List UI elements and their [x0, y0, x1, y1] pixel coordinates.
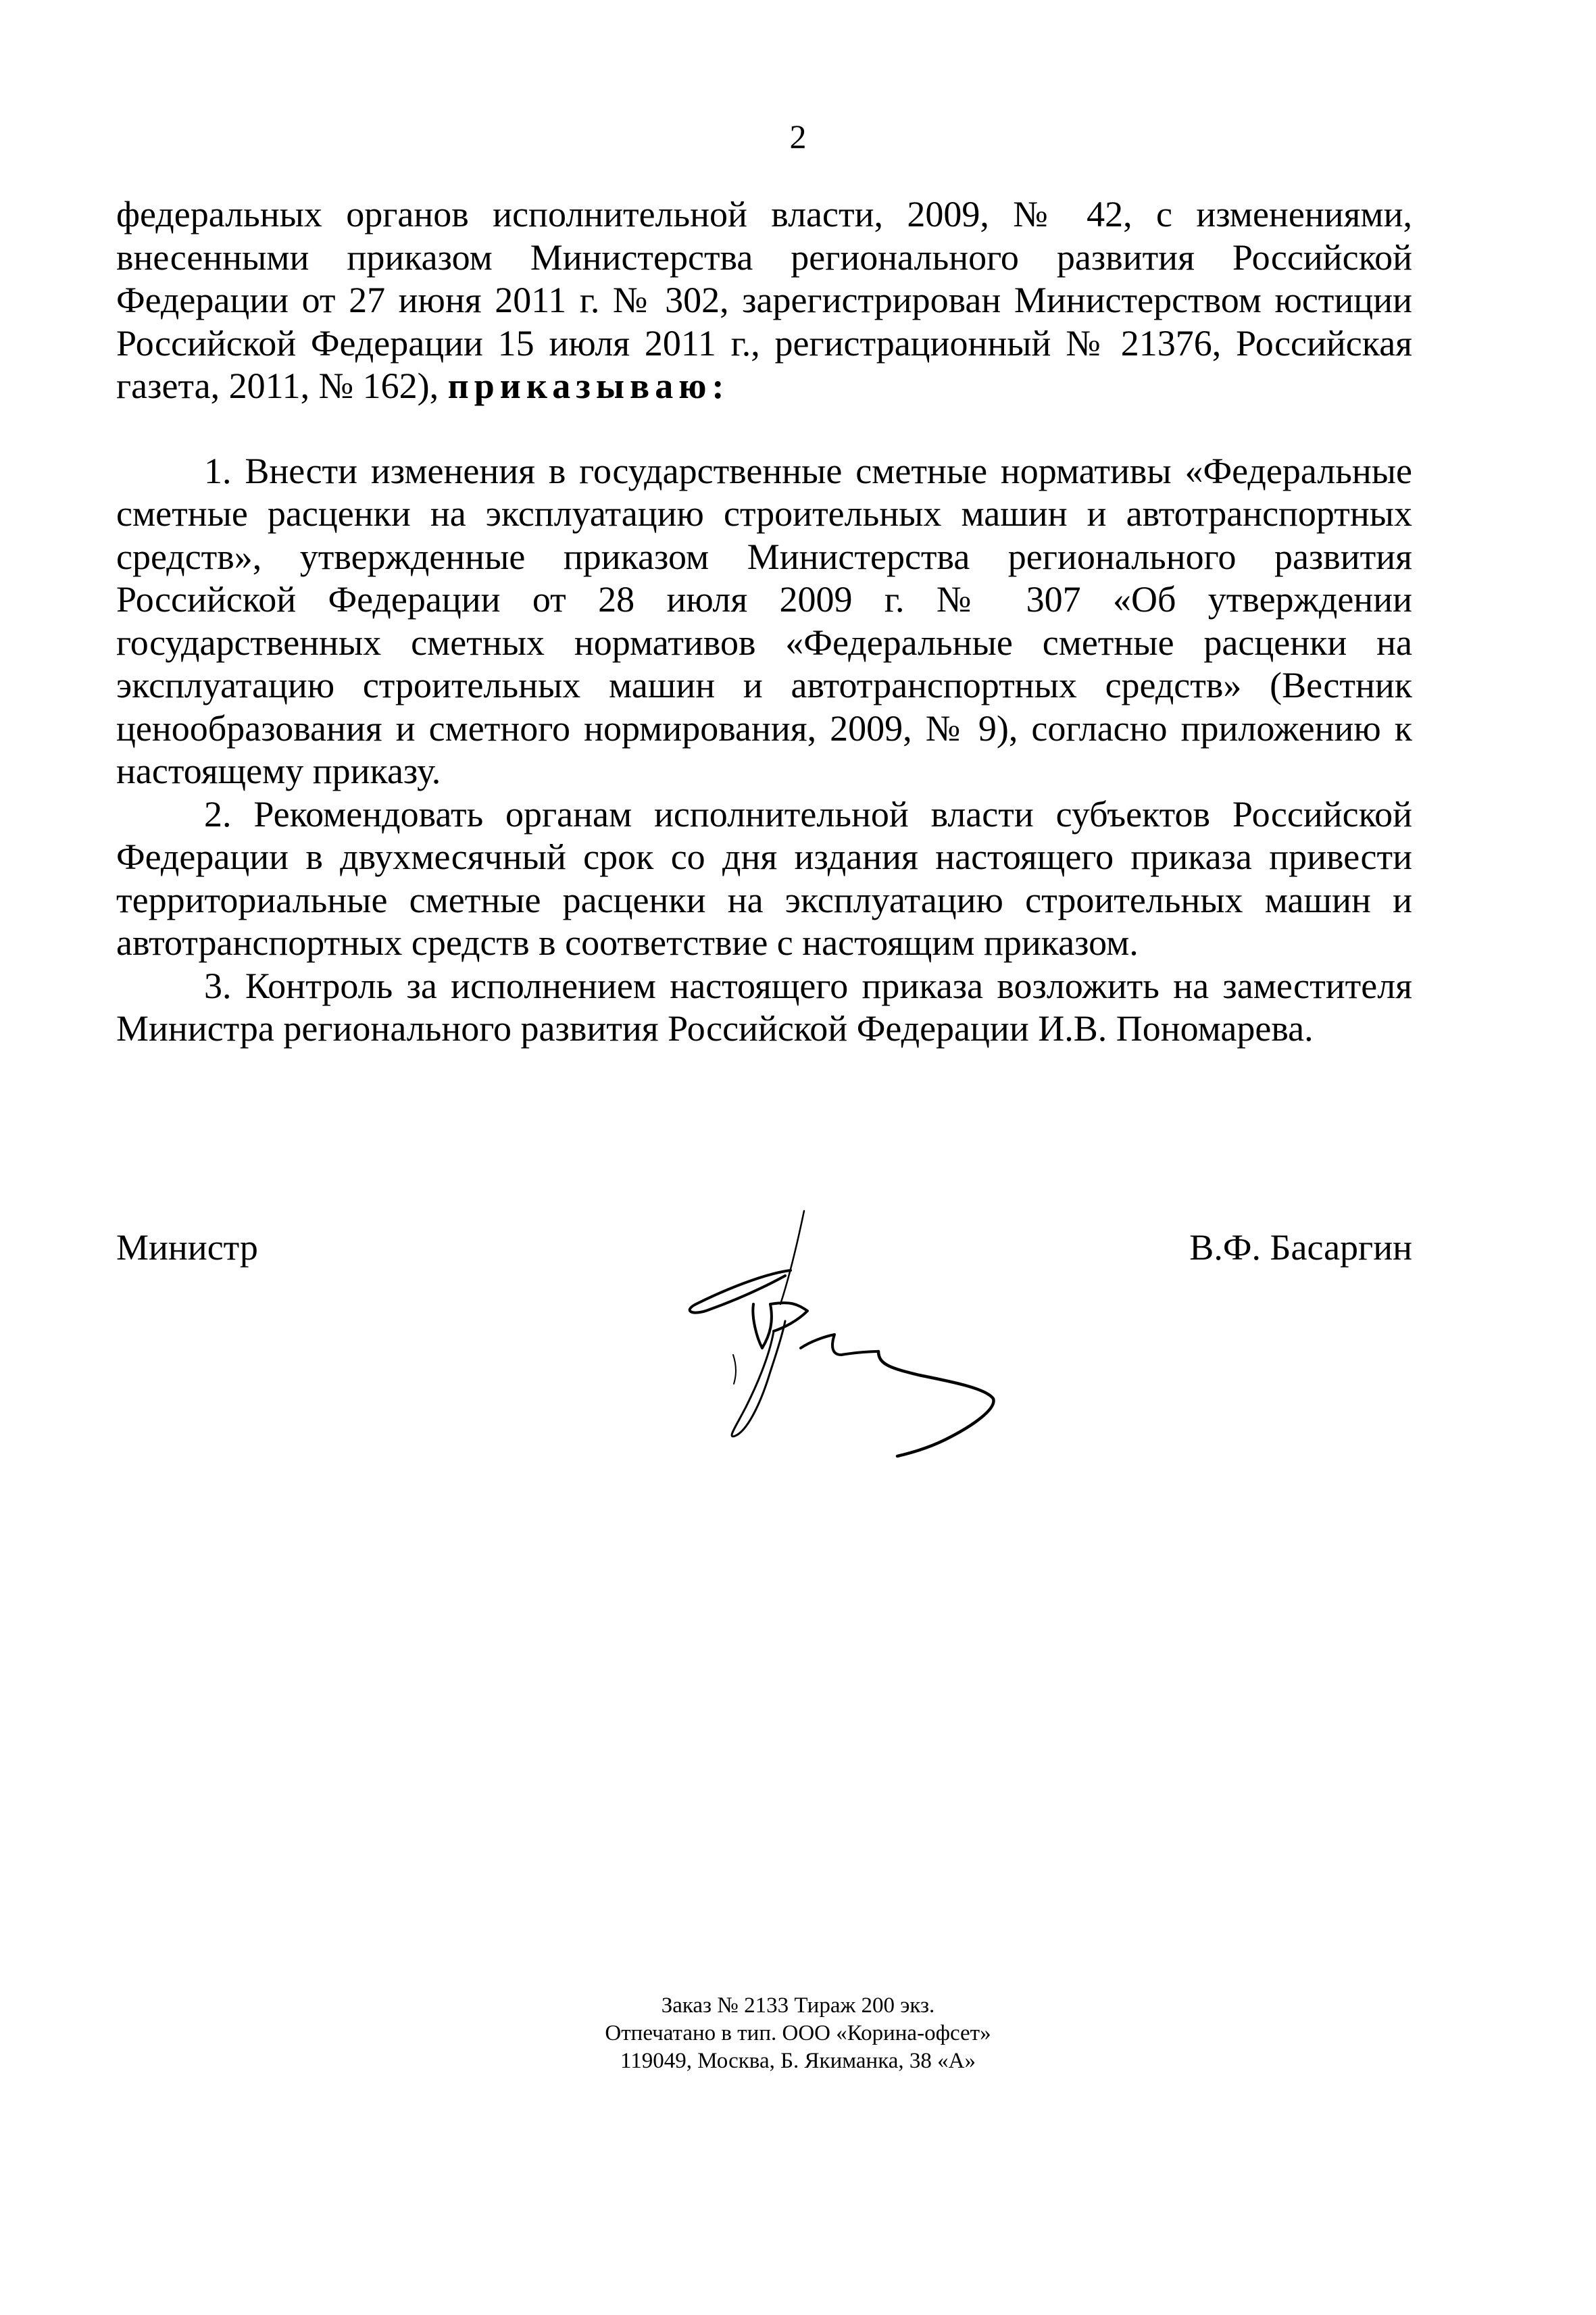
handwritten-signature-icon	[608, 1203, 1216, 1460]
order-item-3: 3. Контроль за исполнением настоящего пр…	[116, 965, 1412, 1051]
item-number: 3.	[204, 966, 232, 1006]
document-body: федеральных органов исполнительной власт…	[116, 193, 1412, 1051]
signatory-name: В.Ф. Басаргин	[1189, 1226, 1412, 1269]
order-item-1: 1. Внести изменения в государственные см…	[116, 450, 1412, 793]
item-text: Внести изменения в государственные сметн…	[116, 451, 1412, 792]
item-text: Рекомендовать органам исполнительной вла…	[116, 794, 1412, 964]
page-number: 2	[0, 116, 1596, 157]
order-item-2: 2. Рекомендовать органам исполнительной …	[116, 793, 1412, 965]
intro-paragraph: федеральных органов исполнительной власт…	[116, 193, 1412, 408]
print-imprint: Заказ № 2133 Тираж 200 экз. Отпечатано в…	[0, 1992, 1596, 2075]
item-number: 2.	[204, 794, 232, 835]
signatory-title: Министр	[116, 1226, 258, 1269]
imprint-address-line: 119049, Москва, Б. Якиманка, 38 «А»	[0, 2047, 1596, 2075]
imprint-printer-line: Отпечатано в тип. ООО «Корина-офсет»	[0, 2020, 1596, 2047]
order-word: приказываю:	[448, 366, 730, 406]
item-text: Контроль за исполнением настоящего прика…	[116, 966, 1412, 1049]
imprint-order-line: Заказ № 2133 Тираж 200 экз.	[0, 1992, 1596, 2020]
intro-text: федеральных органов исполнительной власт…	[116, 194, 1412, 406]
item-number: 1.	[204, 451, 232, 491]
